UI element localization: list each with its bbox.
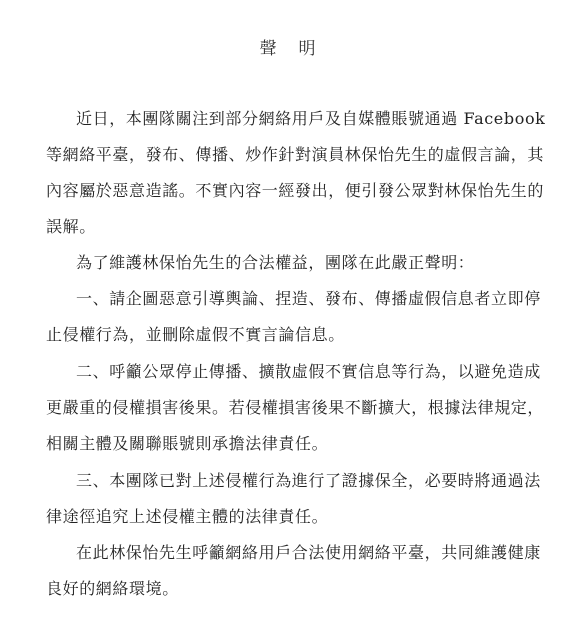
paragraph-line: 相關主體及關聯賬號則承擔法律責任。	[46, 434, 328, 454]
paragraph-line: 誤解。	[46, 217, 96, 237]
paragraph-line: 二、呼籲公眾停止傳播、擴散虛假不實信息等行為，以避免造成	[76, 362, 541, 382]
paragraph-line: 等網絡平臺，發布、傳播、炒作針對演員林保怡先生的虛假言論，其	[46, 145, 544, 165]
paragraph-line: 內容屬於惡意造謠。不實內容一經發出，便引發公眾對林保怡先生的	[46, 181, 544, 201]
paragraph-line: 良好的網絡環境。	[46, 579, 179, 599]
paragraph-line: 三、本團隊已對上述侵權行為進行了證據保全，必要時將通過法	[76, 471, 541, 491]
paragraph-line: 一、請企圖惡意引導輿論、捏造、發布、傳播虛假信息者立即停	[76, 289, 541, 309]
paragraph-line: 更嚴重的侵權損害後果。若侵權損害後果不斷擴大，根據法律規定，	[46, 398, 544, 418]
paragraph-line: 在此林保怡先生呼籲網絡用戶合法使用網絡平臺，共同維護健康	[76, 543, 541, 563]
paragraph-line: 近日，本團隊關注到部分網絡用戶及自媒體賬號通過 Facebook	[76, 109, 545, 129]
paragraph-line: 止侵權行為，並刪除虛假不實言論信息。	[46, 325, 345, 345]
paragraph-line: 為了維護林保怡先生的合法權益，團隊在此嚴正聲明：	[76, 253, 474, 273]
document-title: 聲明	[0, 34, 575, 59]
paragraph-line: 律途徑追究上述侵權主體的法律責任。	[46, 507, 328, 527]
